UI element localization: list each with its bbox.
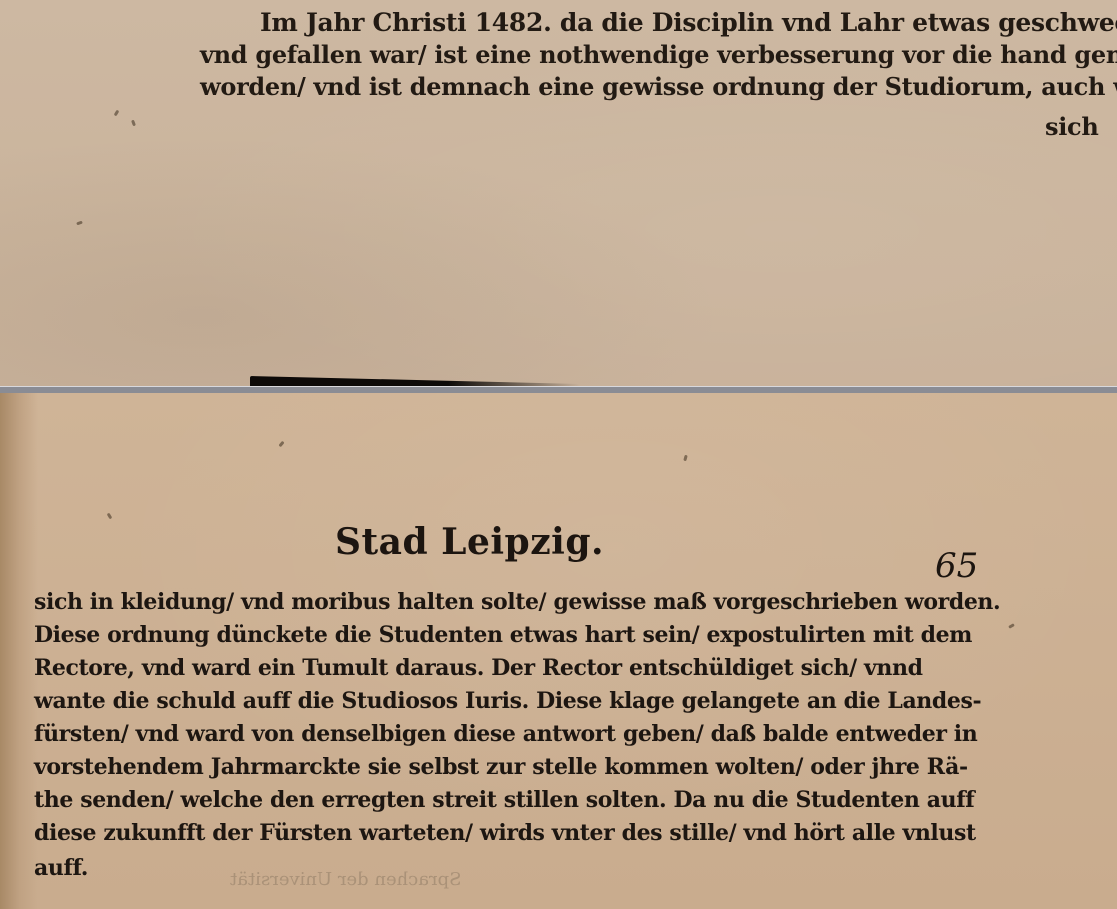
paper-speck	[131, 120, 136, 127]
page-number: 65	[935, 546, 978, 586]
paper-speck	[1008, 623, 1015, 629]
paper-speck	[278, 441, 284, 448]
body-line-3: Rectore, vnd ward ein Tumult daraus. Der…	[34, 655, 923, 681]
paper-speck	[114, 110, 120, 117]
paper-speck	[76, 221, 83, 226]
body-line-2: Diese ordnung dünckete die Studenten etw…	[34, 622, 972, 648]
body-line-7: the senden/ welche den erregten streit s…	[34, 787, 974, 813]
binding-shadow	[250, 376, 580, 386]
top-line-1: Im Jahr Christi 1482. da die Disciplin v…	[260, 8, 1117, 37]
body-line-1: sich in kleidung/ vnd moribus halten sol…	[34, 589, 1000, 615]
top-scan-fragment: Im Jahr Christi 1482. da die Disciplin v…	[0, 0, 1117, 386]
paper-speck	[107, 513, 113, 520]
bottom-scan-fragment: Stad Leipzig. 65 sich in kleidung/ vnd m…	[0, 393, 1117, 909]
fragment-divider	[0, 386, 1117, 393]
top-line-4-catchword: sich	[1045, 112, 1099, 141]
body-line-9: auff.	[34, 855, 88, 881]
body-line-4: wante die schuld auff die Studiosos Iuri…	[34, 688, 981, 714]
running-heading: Stad Leipzig.	[335, 521, 604, 563]
top-line-3: worden/ vnd ist demnach eine gewisse ord…	[200, 72, 1117, 101]
paper-speck	[683, 455, 687, 462]
body-line-6: vorstehendem Jahrmarckte sie selbst zur …	[34, 754, 968, 780]
document-page: Im Jahr Christi 1482. da die Disciplin v…	[0, 0, 1117, 909]
bleed-through-text: Sprachen der Universität	[230, 869, 461, 890]
body-line-5: fürsten/ vnd ward von denselbigen diese …	[34, 721, 977, 747]
top-line-2: vnd gefallen war/ ist eine nothwendige v…	[200, 40, 1117, 69]
body-line-8: diese zukunfft der Fürsten warteten/ wir…	[34, 820, 976, 846]
